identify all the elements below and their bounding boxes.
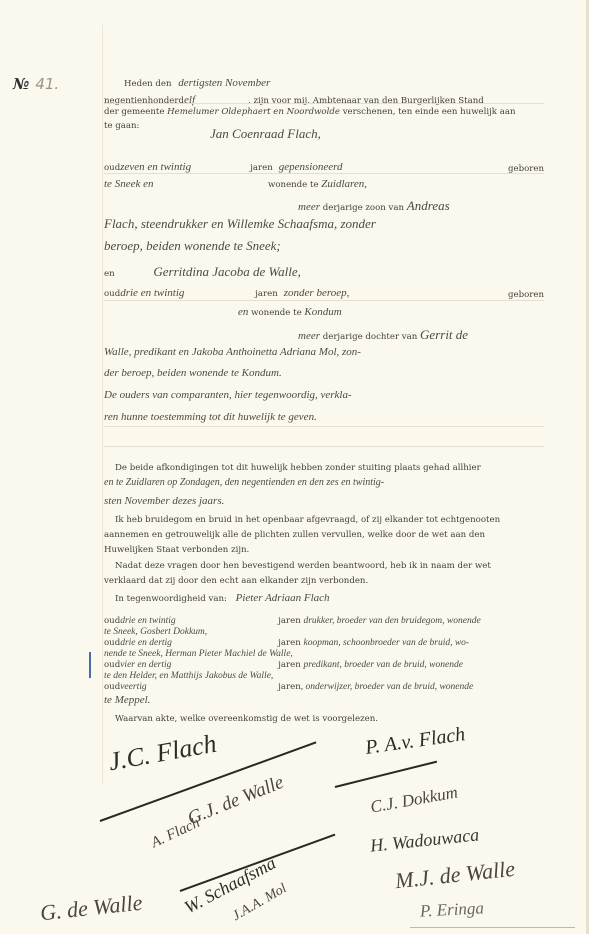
signature-g-de-walle: G. de Walle xyxy=(39,890,144,927)
certificate-page: №41. Heden den dertigsten November negen… xyxy=(0,0,589,934)
signature-groom: J.C. Flach xyxy=(106,729,219,777)
signature-bride-walle: G.J. de Walle xyxy=(185,772,288,830)
printed-waarvan-akte: Waarvan akte, welke overeenkomstig de we… xyxy=(115,714,378,724)
line-nadat-1: Nadat deze vragen door hen bevestigend w… xyxy=(115,561,491,571)
hw-witness-main: Pieter Adriaan Flach xyxy=(236,592,330,604)
printed-te-gaan: te gaan: xyxy=(104,121,139,131)
hw-consent-2: ren hunne toestemming tot dit huwelijk t… xyxy=(104,411,317,423)
line-bride-residence: en wonende te Kondum xyxy=(238,306,342,318)
signature-witness-flach: P. A.v. Flach xyxy=(364,723,467,760)
hw-witness-3-line1: predikant, broeder van de bruid, wonende xyxy=(303,660,462,670)
printed-der-gemeente: der gemeente xyxy=(104,107,164,117)
hw-bride-parents-1: Gerrit de xyxy=(420,327,468,342)
line-groom-parents-3: beroep, beiden wonende te Sneek; xyxy=(104,238,281,254)
printed-oud: oud xyxy=(104,289,120,299)
hw-bride-age: drie en twintig xyxy=(120,287,255,299)
signature-registrar-eringa: P. Eringa xyxy=(420,898,485,921)
hw-groom-residence: Zuidlaren, xyxy=(321,178,367,190)
act-number: №41. xyxy=(13,75,59,93)
ruled-line xyxy=(104,446,544,447)
hw-groom-parents-1: Andreas xyxy=(407,198,450,213)
hw-bride-occupation: zonder beroep, xyxy=(284,287,350,299)
line-year: negentienhonderdelf, zijn voor mij, Ambt… xyxy=(104,94,484,106)
line-heden: Heden den dertigsten November xyxy=(124,77,270,89)
line-ik-heb-2: aannemen en getrouwelijk alle de plichte… xyxy=(104,530,485,540)
line-groom-zoon: meer derjarige zoon van Andreas xyxy=(298,198,450,214)
line-afkondigingen: De beide afkondigingen tot dit huwelijk … xyxy=(115,463,481,473)
line-te-gaan: te gaan: xyxy=(104,121,139,131)
gemeente-name: Hemelumer Oldephaert en Noordwolde xyxy=(167,107,340,117)
witness-row-2b: nende te Sneek, Herman Pieter Machiel de… xyxy=(104,649,293,659)
witness-row-1b: te Sneek, Gosbert Dokkum, xyxy=(104,627,207,637)
printed-jaren: jaren xyxy=(250,163,273,173)
printed-geboren-2: geboren xyxy=(508,290,544,300)
hw-year: elf xyxy=(184,94,248,106)
hw-bride-parents-2: Walle, predikant en Jakoba Anthoinetta A… xyxy=(104,346,361,358)
hw-groom-birthplace: te Sneek en xyxy=(104,178,268,190)
hw-witness-4-line1: , onderwijzer, broeder van de bruid, won… xyxy=(301,682,473,692)
witness-row-3b: te den Helder, en Matthijs Jakobus de Wa… xyxy=(104,671,273,681)
printed-wonende-te: wonende te xyxy=(251,308,302,318)
hw-witness-2-line2: nende te Sneek, Herman Pieter Machiel de… xyxy=(104,649,293,659)
line-ik-heb-1: Ik heb bruidegom en bruid in het openbaa… xyxy=(115,515,500,525)
line-consent-2: ren hunne toestemming tot dit huwelijk t… xyxy=(104,411,317,423)
printed-jaren: jaren xyxy=(278,660,301,670)
groom-name-line: Jan Coenraad Flach, xyxy=(210,126,321,142)
signature-witness-3: H. Wadouwaca xyxy=(369,824,480,856)
blue-margin-mark xyxy=(89,652,91,678)
hw-witness-2-line1: koopman, schoonbroeder van de bruid, wo- xyxy=(303,638,469,648)
line-waarvan-akte: Waarvan akte, welke overeenkomstig de we… xyxy=(115,714,378,724)
act-number-label: № xyxy=(13,75,29,93)
line-bride-parents-2: Walle, predikant en Jakoba Anthoinetta A… xyxy=(104,346,361,358)
printed-heden-den: Heden den xyxy=(124,79,172,89)
witness-row-4: oudveertigjaren, onderwijzer, broeder va… xyxy=(104,682,473,692)
hw-witness-1-line1: drukker, broeder van den bruidegom, wone… xyxy=(303,616,480,626)
hw-groom-name: Jan Coenraad Flach, xyxy=(210,126,321,141)
line-ik-heb-3: Huwelijken Staat verbonden zijn. xyxy=(104,545,249,555)
hw-groom-occupation: gepensioneerd xyxy=(279,161,343,173)
hw-banns-2: sten November dezes jaars. xyxy=(104,495,224,507)
printed-oud: oud xyxy=(104,638,120,648)
signature-a-flach: A. Flach xyxy=(149,815,203,852)
hw-witness-1-age: drie en twintig xyxy=(120,616,278,626)
hw-bride-residence: Kondum xyxy=(304,306,341,318)
witness-row-1: ouddrie en twintigjaren drukker, broeder… xyxy=(104,616,481,626)
hw-bride-born-en: en xyxy=(238,306,248,318)
line-tegenwoordigheid: In tegenwoordigheid van: Pieter Adriaan … xyxy=(115,592,330,604)
hw-groom-majority: meer xyxy=(298,201,320,213)
line-groom-age: oudzeven en twintigjarengepensioneerd xyxy=(104,161,343,173)
line-groom-birth: te Sneek enwonende te Zuidlaren, xyxy=(104,178,367,190)
printed-ik-heb-1: Ik heb bruidegom en bruid in het openbaa… xyxy=(115,515,500,525)
hw-witness-3-age: vier en dertig xyxy=(120,660,278,670)
hw-bride-name: Gerritdina Jacoba de Walle, xyxy=(153,264,301,279)
hw-consent-1: De ouders van comparanten, hier tegenwoo… xyxy=(104,389,352,401)
hw-witness-4-line2: te Meppel. xyxy=(104,694,150,706)
margin-rule xyxy=(102,25,103,785)
hw-groom-parents-3: beroep, beiden wonende te Sneek; xyxy=(104,238,281,253)
printed-geboren: geboren xyxy=(508,290,544,300)
act-number-value: 41. xyxy=(35,75,59,93)
line-bride-age: ouddrie en twintigjarenzonder beroep, xyxy=(104,287,349,299)
signature-dokkum: C.J. Dokkum xyxy=(369,782,459,817)
line-groom-parents-2: Flach, steendrukker en Willemke Schaafsm… xyxy=(104,216,376,232)
printed-ik-heb-2: aannemen en getrouwelijk alle de plichte… xyxy=(104,530,485,540)
ruled-line xyxy=(104,426,544,427)
hw-witness-2-age: drie en dertig xyxy=(120,638,278,648)
line-gemeente: der gemeente Hemelumer Oldephaert en Noo… xyxy=(104,107,516,117)
line-bride-name: en Gerritdina Jacoba de Walle, xyxy=(104,264,301,280)
signature-underline xyxy=(410,927,575,928)
ruled-line xyxy=(104,103,544,104)
hw-banns-1: en te Zuidlaren op Zondagen, den negenti… xyxy=(104,477,384,488)
printed-jaren: jaren xyxy=(278,682,301,692)
printed-oud: oud xyxy=(104,616,120,626)
line-banns-2: sten November dezes jaars. xyxy=(104,495,224,507)
printed-oud: oud xyxy=(104,660,120,670)
signature-m-de-walle: M.J. de Walle xyxy=(394,856,516,894)
signature-underline xyxy=(335,761,437,788)
printed-ik-heb-3: Huwelijken Staat verbonden zijn. xyxy=(104,545,249,555)
witness-row-4b: te Meppel. xyxy=(104,694,150,706)
witness-row-3: oudvier en dertigjaren predikant, broede… xyxy=(104,660,463,670)
hw-witness-4-age: veertig xyxy=(120,682,278,692)
printed-jaren: jaren xyxy=(255,289,278,299)
line-bride-dochter: meer derjarige dochter van Gerrit de xyxy=(298,327,468,343)
printed-jaren: jaren xyxy=(278,616,301,626)
printed-verschenen: verschenen, ten einde een huwelijk aan xyxy=(343,107,516,117)
printed-negentienhonderd: negentienhonderd xyxy=(104,96,184,106)
ruled-line xyxy=(104,300,544,301)
printed-nadat-1: Nadat deze vragen door hen bevestigend w… xyxy=(115,561,491,571)
hw-bride-parents-3: der beroep, beiden wonende te Kondum. xyxy=(104,367,282,379)
ruled-line xyxy=(104,173,544,174)
printed-jaren: jaren xyxy=(278,638,301,648)
hw-day-month: dertigsten November xyxy=(178,77,270,89)
hw-groom-parents-2: Flach, steendrukker en Willemke Schaafsm… xyxy=(104,216,376,231)
line-nadat-2: verklaard dat zij door den echt aan elka… xyxy=(104,576,368,586)
witness-row-2: ouddrie en dertigjaren koopman, schoonbr… xyxy=(104,638,469,648)
printed-wonende-te: wonende te xyxy=(268,180,319,190)
line-banns-1: en te Zuidlaren op Zondagen, den negenti… xyxy=(104,477,384,488)
printed-en: en xyxy=(104,269,115,279)
printed-oud: oud xyxy=(104,163,120,173)
printed-derjarige-zoon-van: derjarige zoon van xyxy=(323,203,404,213)
printed-in-tegenwoordigheid: In tegenwoordigheid van: xyxy=(115,594,227,604)
line-bride-parents-3: der beroep, beiden wonende te Kondum. xyxy=(104,367,282,379)
hw-witness-1-line2: te Sneek, Gosbert Dokkum, xyxy=(104,627,207,637)
hw-bride-majority: meer xyxy=(298,330,320,342)
line-consent-1: De ouders van comparanten, hier tegenwoo… xyxy=(104,389,352,401)
printed-oud: oud xyxy=(104,682,120,692)
hw-witness-3-line2: te den Helder, en Matthijs Jakobus de Wa… xyxy=(104,671,273,681)
printed-zijn-voor-mij: , zijn voor mij, Ambtenaar van den Burge… xyxy=(248,96,484,106)
printed-afkondigingen: De beide afkondigingen tot dit huwelijk … xyxy=(115,463,481,473)
printed-nadat-2: verklaard dat zij door den echt aan elka… xyxy=(104,576,368,586)
hw-groom-age: zeven en twintig xyxy=(120,161,250,173)
printed-derjarige-dochter-van: derjarige dochter van xyxy=(323,332,418,342)
